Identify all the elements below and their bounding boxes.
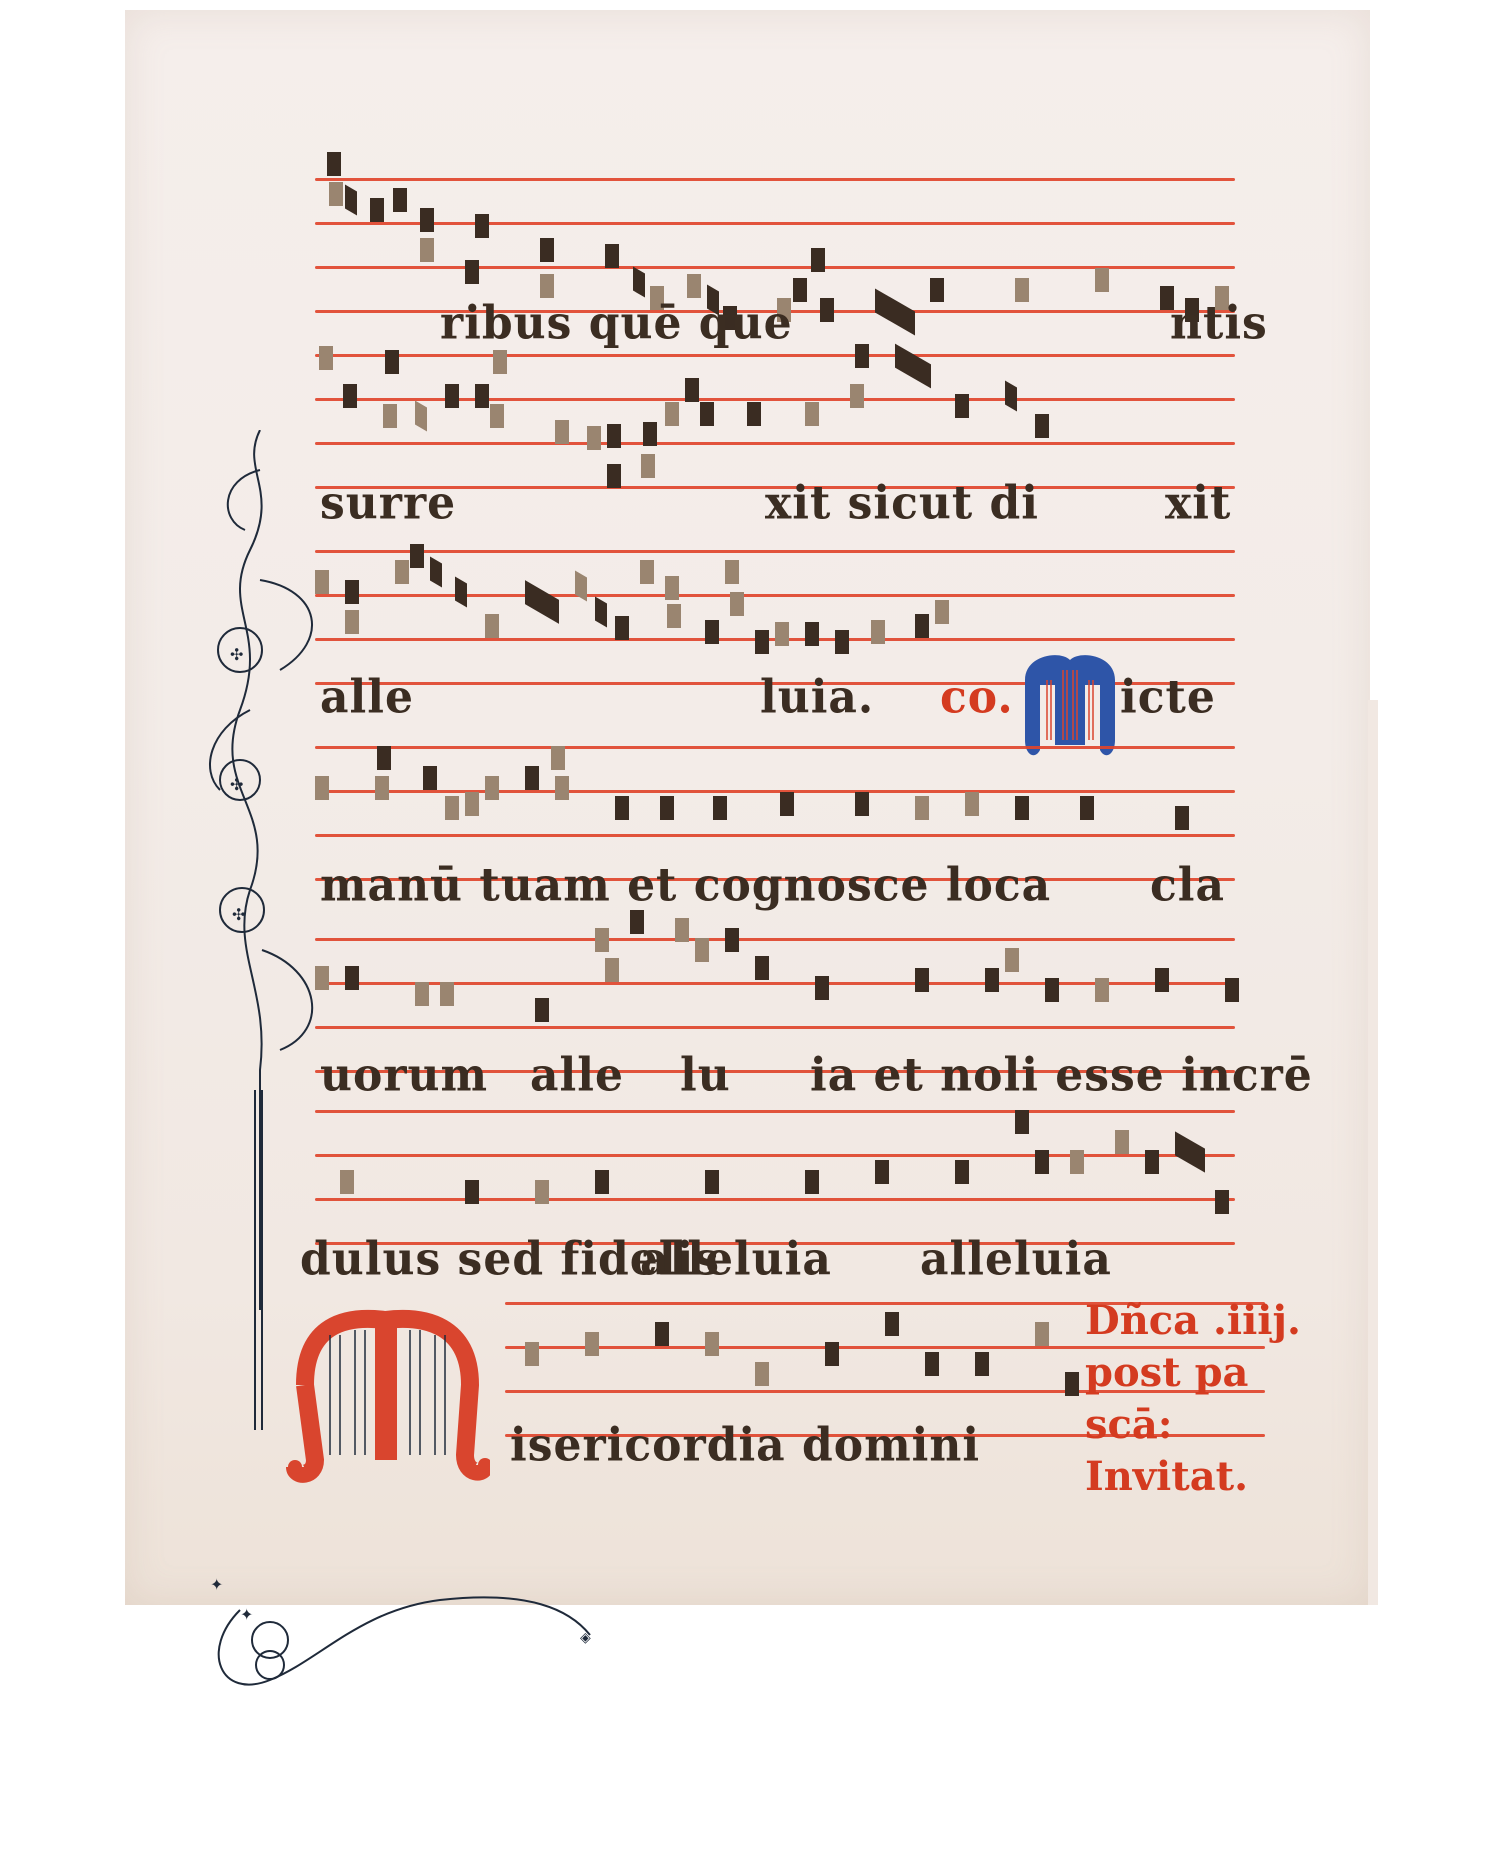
- lyric-line-2: surre xit sicut di xit: [320, 477, 1250, 536]
- svg-text:✦: ✦: [210, 1575, 223, 1594]
- stave-2: [315, 354, 1235, 486]
- svg-text:M: M: [1015, 650, 1031, 654]
- stave-1: [315, 178, 1235, 310]
- lyric-segment: xit: [1165, 477, 1231, 531]
- svg-text:✣: ✣: [232, 905, 245, 924]
- lyric-segment: alle: [320, 671, 414, 725]
- lyric-line-7: isericordia domini: [510, 1419, 1440, 1478]
- lyric-segment: ia et noli esse incrē: [810, 1049, 1313, 1103]
- lyric-line-5: uorum alle lu ia et noli esse incrē: [320, 1049, 1250, 1108]
- rubric-line: scā:: [1085, 1399, 1285, 1451]
- svg-text:M: M: [285, 1305, 301, 1309]
- lyric-line-1: ribus quē que ntis: [320, 297, 1250, 356]
- rubric-text: Dñca .iiij. post pa scā: Invitat.: [1085, 1295, 1285, 1503]
- lyric-segment: alle: [530, 1049, 624, 1103]
- lyric-segment: cla: [1150, 859, 1225, 913]
- lyric-segment: uorum: [320, 1049, 488, 1103]
- lyric-segment: manū tuam et cognosce loca: [320, 859, 1051, 913]
- lyric-line-6: dulus sed fidelis alleluia alleluia: [320, 1233, 1250, 1292]
- lyric-segment: ribus quē que: [440, 297, 793, 351]
- lyric-segment: luia.: [760, 671, 874, 725]
- rubric-line: Dñca .iiij.: [1085, 1295, 1285, 1347]
- svg-text:✦: ✦: [240, 1605, 253, 1624]
- lyric-segment: surre: [320, 477, 456, 531]
- red-initial-m: M: [285, 1305, 490, 1485]
- rubric-line: post pa: [1085, 1347, 1285, 1399]
- lyric-segment: alleluia: [640, 1233, 832, 1287]
- lyric-segment: lu: [680, 1049, 731, 1103]
- svg-text:✣: ✣: [230, 645, 243, 664]
- lyric-segment: icte: [1120, 671, 1216, 725]
- lyric-segment: ntis: [1170, 297, 1268, 351]
- svg-text:✣: ✣: [230, 775, 243, 794]
- stave-6: [315, 1110, 1235, 1242]
- lyric-segment: xit sicut di: [765, 477, 1039, 531]
- rubric-co-label: co.: [940, 671, 1014, 725]
- svg-text:◈: ◈: [580, 1630, 591, 1646]
- lyric-segment: isericordia domini: [510, 1419, 980, 1473]
- rubric-line: Invitat.: [1085, 1451, 1285, 1503]
- lyric-segment: alleluia: [920, 1233, 1112, 1287]
- lyric-line-4: manū tuam et cognosce loca cla: [320, 859, 1250, 918]
